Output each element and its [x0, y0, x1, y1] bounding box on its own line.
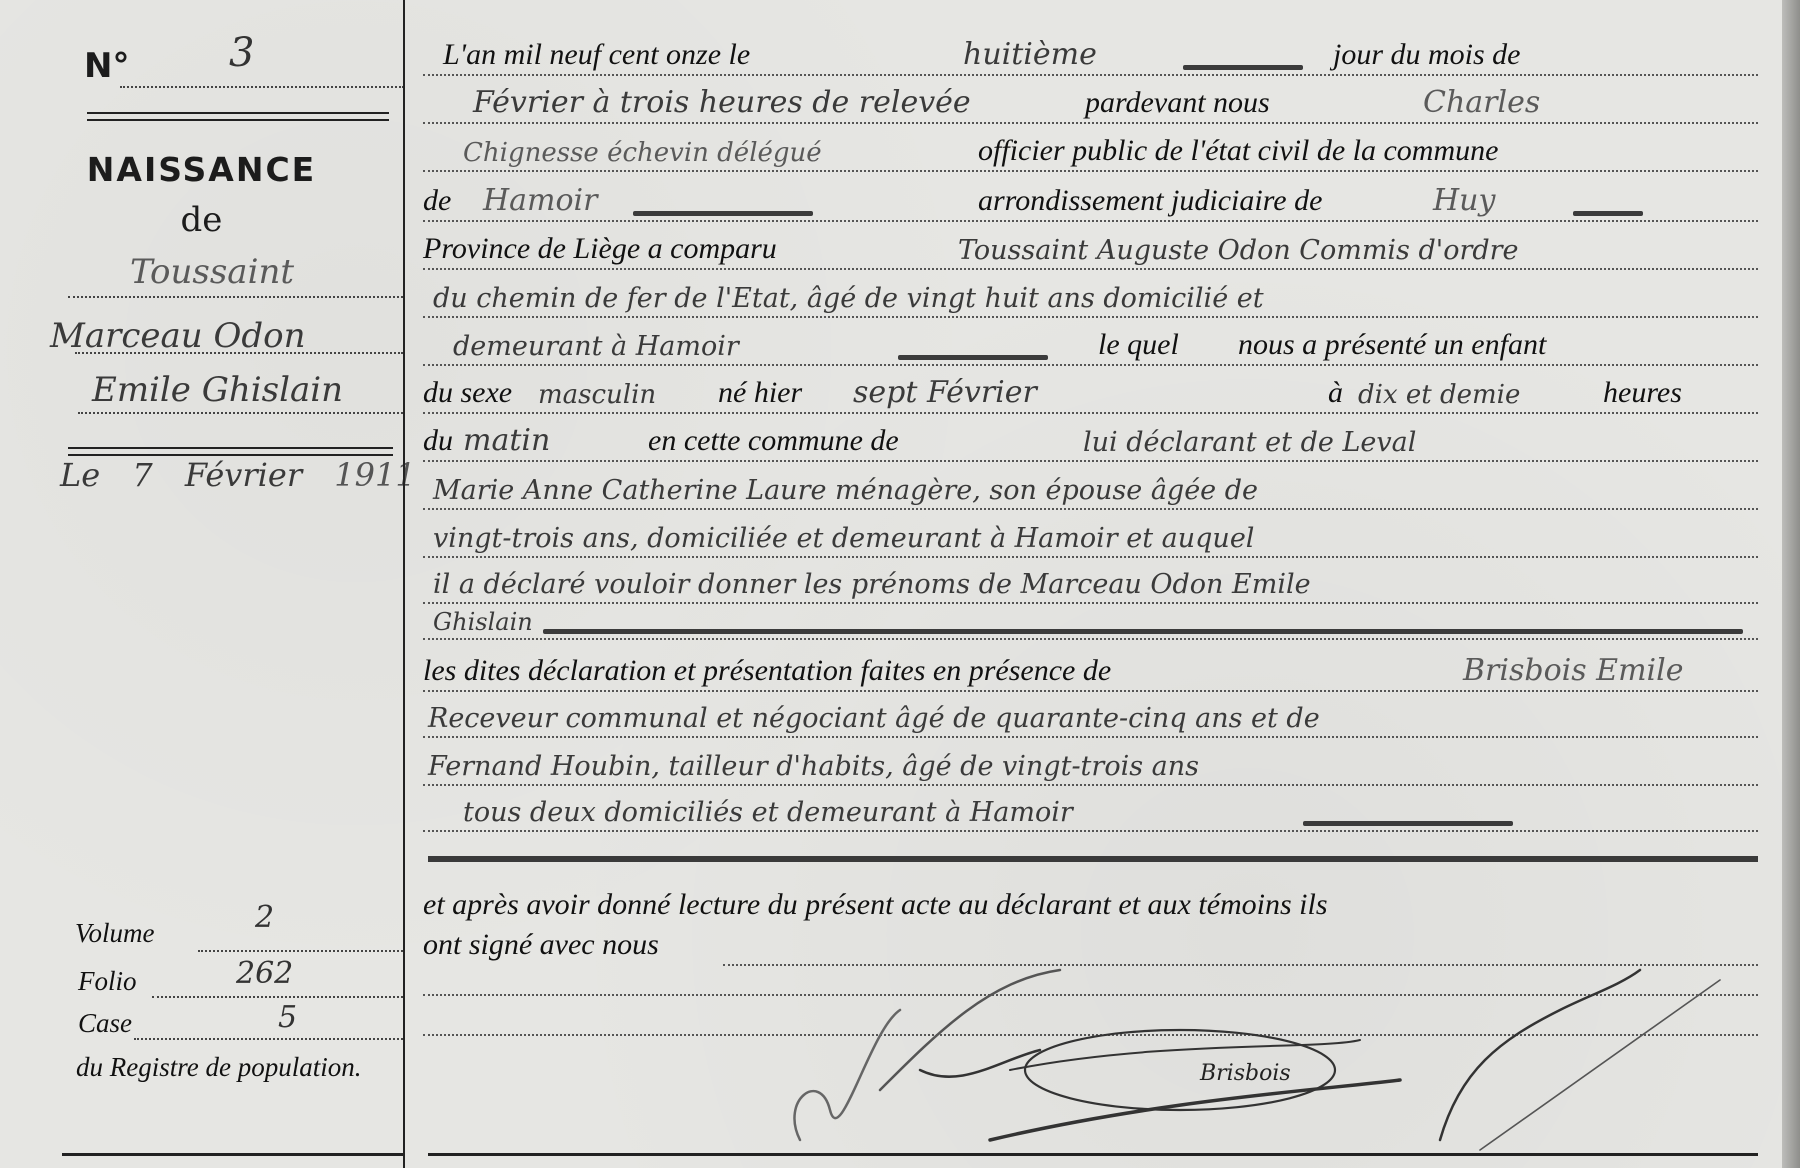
body-line-7: demeurant à Hamoir le quel nous a présen… [423, 322, 1758, 366]
number-value: 3 [229, 30, 254, 76]
handwritten-text: Charles [1423, 85, 1540, 120]
double-rule [87, 112, 389, 121]
child-surname: Toussaint [130, 252, 294, 292]
handwritten-text: Toussaint Auguste Odon Commis d'ordre [958, 235, 1519, 266]
printed-text: Province de Liège a comparu [423, 232, 777, 266]
handwritten-text: masculin [538, 380, 656, 410]
printed-text: arrondissement judiciaire de [978, 184, 1322, 218]
dotted-rule [120, 86, 404, 88]
handwritten-text: demeurant à Hamoir [453, 331, 739, 362]
fill-stroke [1303, 821, 1513, 826]
body-line-13: Ghislain [423, 596, 1758, 640]
body-line-1: L'an mil neuf cent onze le huitième jour… [423, 32, 1758, 76]
dotted-rule [152, 996, 403, 998]
dotted-rule [134, 1038, 403, 1040]
handwritten-text: vingt-trois ans, domiciliée et demeurant… [433, 523, 1254, 554]
date-month: Février [185, 456, 302, 494]
record-number: N° 3 [84, 46, 404, 90]
printed-text: les dites déclaration et présentation fa… [423, 654, 1111, 688]
printed-text: heures [1603, 376, 1682, 410]
body-line-3: Chignesse échevin délégué officier publi… [423, 128, 1758, 172]
printed-text: en cette commune de [648, 424, 899, 458]
child-name-line-2: Marceau Odon [50, 316, 305, 356]
handwritten-text: tous deux domiciliés et demeurant à Hamo… [463, 797, 1073, 828]
signatures-area: Brisbois [760, 950, 1780, 1160]
printed-text: à [1328, 376, 1343, 410]
register-footer: du Registre de population. [76, 1052, 361, 1083]
handwritten-text: lui déclarant et de Leval [1083, 427, 1416, 458]
body-line-8: du sexe masculin né hier sept Février à … [423, 370, 1758, 414]
body-line-10: Marie Anne Catherine Laure ménagère, son… [423, 466, 1758, 510]
handwritten-text: dix et demie [1358, 380, 1520, 410]
body-line-16: Fernand Houbin, tailleur d'habits, âgé d… [423, 742, 1758, 786]
handwritten-text: Février à trois heures de relevée [473, 85, 971, 120]
folio-label: Folio [78, 966, 137, 997]
dotted-rule [68, 296, 403, 298]
child-name-line-3: Emile Ghislain [92, 370, 343, 410]
printed-text: jour du mois de [1333, 38, 1521, 72]
printed-text: du sexe [423, 376, 512, 410]
printed-text: né hier [718, 376, 802, 410]
folio-value: 262 [236, 956, 293, 991]
body-line-4: de Hamoir arrondissement judiciaire de H… [423, 178, 1758, 222]
printed-text: officier public de l'état civil de la co… [978, 134, 1498, 168]
body-line-9: du matin en cette commune de lui déclara… [423, 418, 1758, 462]
body-line-14: les dites déclaration et présentation fa… [423, 648, 1758, 692]
body-line-5: Province de Liège a comparu Toussaint Au… [423, 226, 1758, 270]
printed-text: et après avoir donné lecture du présent … [423, 888, 1328, 922]
date-prefix: Le [60, 456, 100, 494]
margin-column: N° 3 NAISSANCE de Toussaint Marceau Odon… [0, 0, 403, 1168]
printed-text: L'an mil neuf cent onze le [443, 38, 750, 72]
handwritten-text: Fernand Houbin, tailleur d'habits, âgé d… [428, 751, 1199, 782]
body-line-11: vingt-trois ans, domiciliée et demeurant… [423, 514, 1758, 558]
handwritten-text: matin [463, 423, 550, 458]
handwritten-text: Ghislain [433, 608, 533, 636]
section-separator [428, 856, 1758, 862]
fill-stroke [543, 629, 1743, 634]
register-page: N° 3 NAISSANCE de Toussaint Marceau Odon… [0, 0, 1782, 1168]
fill-stroke [1573, 211, 1643, 216]
handwritten-text: Hamoir [483, 183, 598, 218]
record-title: NAISSANCE [0, 150, 403, 189]
dotted-rule [75, 352, 403, 354]
handwritten-text: Receveur communal et négociant âgé de qu… [428, 703, 1320, 734]
closing-line-1: et après avoir donné lecture du présent … [423, 882, 1758, 926]
signature-brisbois: Brisbois [1199, 1061, 1291, 1086]
fill-stroke [633, 211, 813, 216]
dotted-rule [78, 412, 403, 414]
record-date: Le 7 Février 1911 [60, 456, 416, 494]
date-day: 7 [132, 456, 152, 494]
handwritten-text: Brisbois Emile [1463, 653, 1683, 688]
case-value: 5 [278, 1000, 297, 1035]
double-rule [68, 447, 393, 456]
handwritten-text: Chignesse échevin délégué [463, 138, 822, 168]
printed-text: du [423, 424, 453, 458]
dotted-rule [198, 950, 403, 952]
printed-text: le quel [1098, 328, 1179, 362]
volume-value: 2 [255, 900, 274, 935]
bottom-rule [62, 1153, 403, 1156]
volume-label: Volume [75, 918, 154, 949]
handwritten-text: du chemin de fer de l'Etat, âgé de vingt… [433, 283, 1264, 314]
body-line-2: Février à trois heures de relevée pardev… [423, 80, 1758, 124]
fill-stroke [898, 355, 1048, 360]
page-edge [1782, 0, 1800, 1168]
body-line-17: tous deux domiciliés et demeurant à Hamo… [423, 788, 1758, 832]
body-line-6: du chemin de fer de l'Etat, âgé de vingt… [423, 274, 1758, 318]
body-line-15: Receveur communal et négociant âgé de qu… [423, 694, 1758, 738]
handwritten-text: sept Février [853, 375, 1037, 410]
number-label: N° [84, 46, 129, 86]
handwritten-text: Huy [1433, 183, 1495, 218]
printed-text: pardevant nous [1085, 86, 1270, 120]
fill-stroke [1183, 65, 1303, 70]
printed-text: de [423, 184, 451, 218]
printed-text: nous a présenté un enfant [1238, 328, 1546, 362]
handwritten-text: Marie Anne Catherine Laure ménagère, son… [433, 475, 1258, 506]
bottom-rule [428, 1153, 1758, 1156]
record-title-de: de [0, 200, 403, 240]
handwritten-text: huitième [963, 37, 1097, 72]
case-label: Case [78, 1008, 132, 1039]
column-divider [403, 0, 405, 1168]
